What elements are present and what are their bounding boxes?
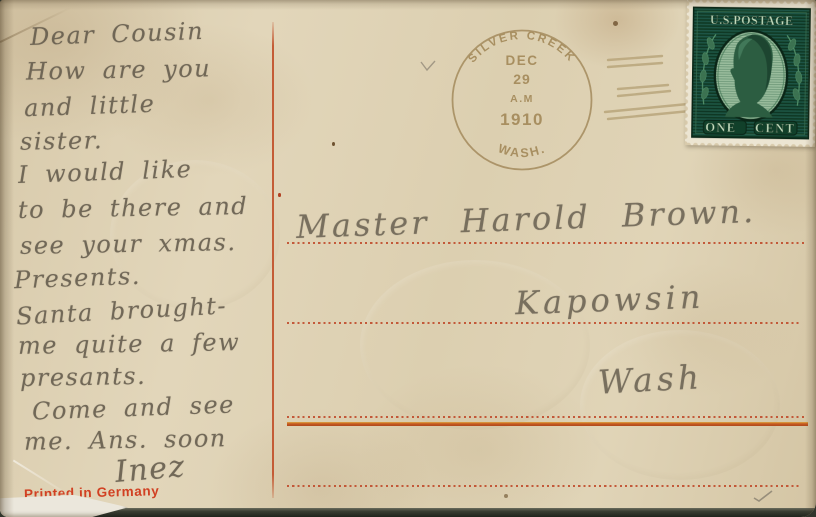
address-ruled-line-3 (287, 416, 806, 418)
message-line: Santa brought- (15, 291, 227, 330)
message-line: How are you (26, 54, 212, 85)
address-ruled-line-2 (287, 322, 802, 324)
svg-text:WASH.: WASH. (496, 141, 548, 160)
scan-edge-shadow (86, 508, 816, 517)
pencil-v-mark (420, 60, 436, 72)
postmark-time: A.M (510, 93, 534, 105)
paper-fleck (332, 142, 335, 146)
postcard-paper: Dear Cousin How are you and little siste… (0, 0, 816, 517)
postmark-day: 29 (513, 71, 531, 87)
message-line: presants. (20, 362, 147, 392)
paper-fleck (504, 494, 508, 498)
stamp-denomination-text: ONE CENT (705, 120, 795, 135)
postmark-state: WASH. (496, 141, 548, 160)
message-line: see your xmas. (20, 228, 237, 260)
address-recipient: Master Harold Brown. (295, 192, 756, 246)
postmark-month: DEC (505, 53, 538, 68)
postmark-year: 1910 (500, 110, 544, 129)
address-state: Wash (597, 357, 704, 401)
stamp-header-text: U.S.POSTAGE (710, 13, 794, 28)
paper-fleck (613, 21, 618, 26)
message-line: I would like (18, 155, 193, 189)
divider-line (272, 22, 274, 498)
postage-stamp: U.S.POSTAGE ONE CENT (685, 0, 816, 147)
message-line: Dear Cousin (30, 17, 205, 51)
postmark: SILVER CREEK WASH. DEC 29 A.M 1910 (447, 25, 597, 175)
message-line: and little (24, 90, 156, 123)
address-city: Kapowsin (514, 278, 705, 323)
stamp-artwork: U.S.POSTAGE ONE CENT (691, 6, 811, 140)
message-line: me quite a few (18, 328, 241, 360)
message-line: Come and see (32, 390, 236, 425)
address-thick-rule (287, 422, 808, 426)
pencil-check-mark (752, 489, 774, 503)
message-line: to be there and (18, 192, 249, 224)
scanned-postcard: Dear Cousin How are you and little siste… (0, 0, 816, 517)
address-ruled-line-4 (287, 485, 800, 487)
message-line: Presents. (14, 262, 142, 294)
message-line: me. Ans. soon (24, 424, 227, 456)
message-line: sister. (20, 126, 104, 155)
paper-fleck (278, 193, 281, 197)
embossed-pattern (580, 330, 780, 480)
